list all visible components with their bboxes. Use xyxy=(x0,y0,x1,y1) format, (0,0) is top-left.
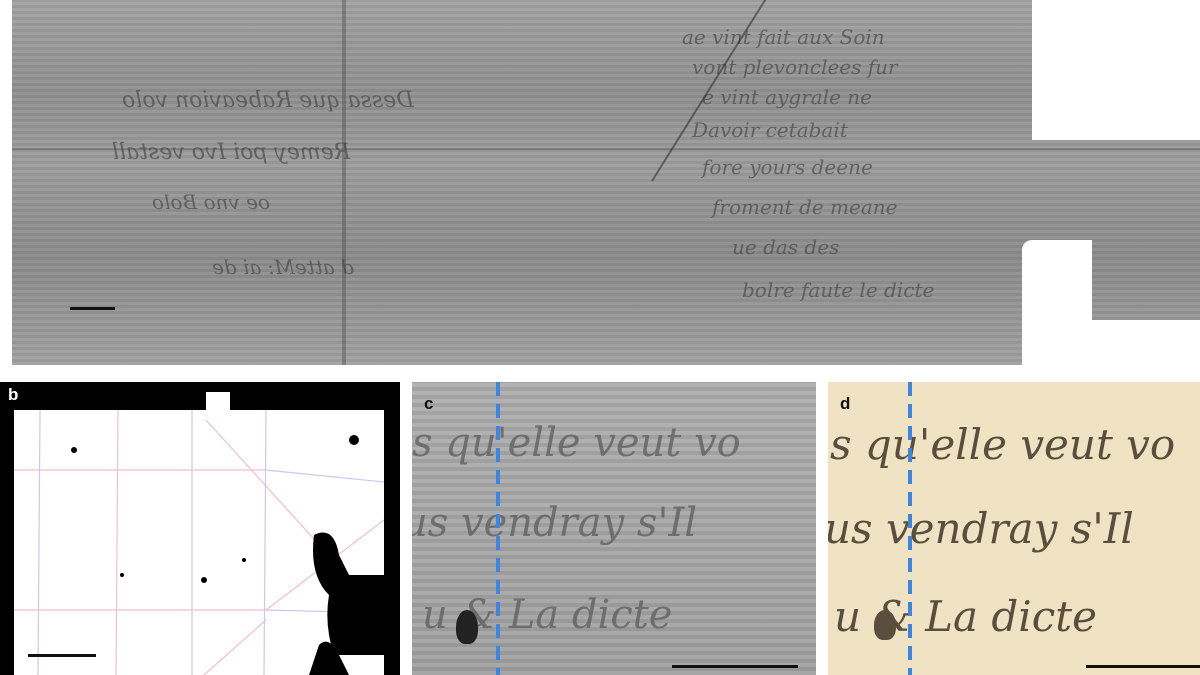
panel-d-color-photo-detail: d s qu'elle veut vo us vendray s'Il u & … xyxy=(828,382,1200,675)
scale-bar xyxy=(28,654,96,657)
binarized-paper xyxy=(14,410,384,675)
script-line: froment de meane xyxy=(712,195,898,219)
panel-label-b: b xyxy=(8,385,18,405)
panel-a-xray-image: Dessa que Rabeavion volo Remey poi Ivo v… xyxy=(12,0,1200,365)
fold-overlay xyxy=(14,410,384,675)
scale-bar xyxy=(672,665,798,668)
panel-c-grayscale-detail: c s qu'elle veut vo us vendray s'Il u & … xyxy=(412,382,816,675)
ink-blot xyxy=(456,610,478,644)
paper-tab xyxy=(206,392,230,410)
mirrored-script: oe vno Bolo xyxy=(152,190,270,214)
handwriting-line-2: us vendray s'Il xyxy=(412,500,697,546)
fold-line xyxy=(342,0,346,365)
handwriting-line-2: us vendray s'Il xyxy=(828,504,1134,553)
scale-bar xyxy=(70,307,115,310)
handwriting-line-1: s qu'elle veut vo xyxy=(412,420,741,466)
script-line: fore yours deene xyxy=(702,155,873,179)
ink-blot xyxy=(874,610,896,640)
missing-paper-region xyxy=(1032,0,1200,140)
alignment-dashed-line xyxy=(908,382,912,675)
script-line: bolre faute le dicte xyxy=(742,278,934,302)
mirrored-script: d atteM: ai de xyxy=(212,255,354,279)
alignment-dashed-line xyxy=(496,382,500,675)
mirrored-script: Dessa que Rabeavion volo xyxy=(122,88,414,113)
script-line: ae vint fait aux Soin xyxy=(682,25,885,49)
handwriting-line-3: u & La dicte xyxy=(834,592,1097,641)
handwriting-line-1: s qu'elle veut vo xyxy=(830,420,1175,469)
panel-label-c: c xyxy=(424,394,433,414)
panel-b-binary-mask: b xyxy=(0,382,400,675)
missing-paper-region xyxy=(1092,320,1200,365)
panel-label-d: d xyxy=(840,394,850,414)
scale-bar xyxy=(1086,665,1200,668)
missing-paper-region xyxy=(1022,240,1092,365)
mirrored-script: Remey poi Ivo vestall xyxy=(112,140,350,165)
script-line: ue das des xyxy=(732,235,839,259)
fold-line xyxy=(12,148,1200,150)
script-line: e vint aygrale ne xyxy=(702,85,872,109)
script-line: Davoir cetabait xyxy=(692,118,848,142)
